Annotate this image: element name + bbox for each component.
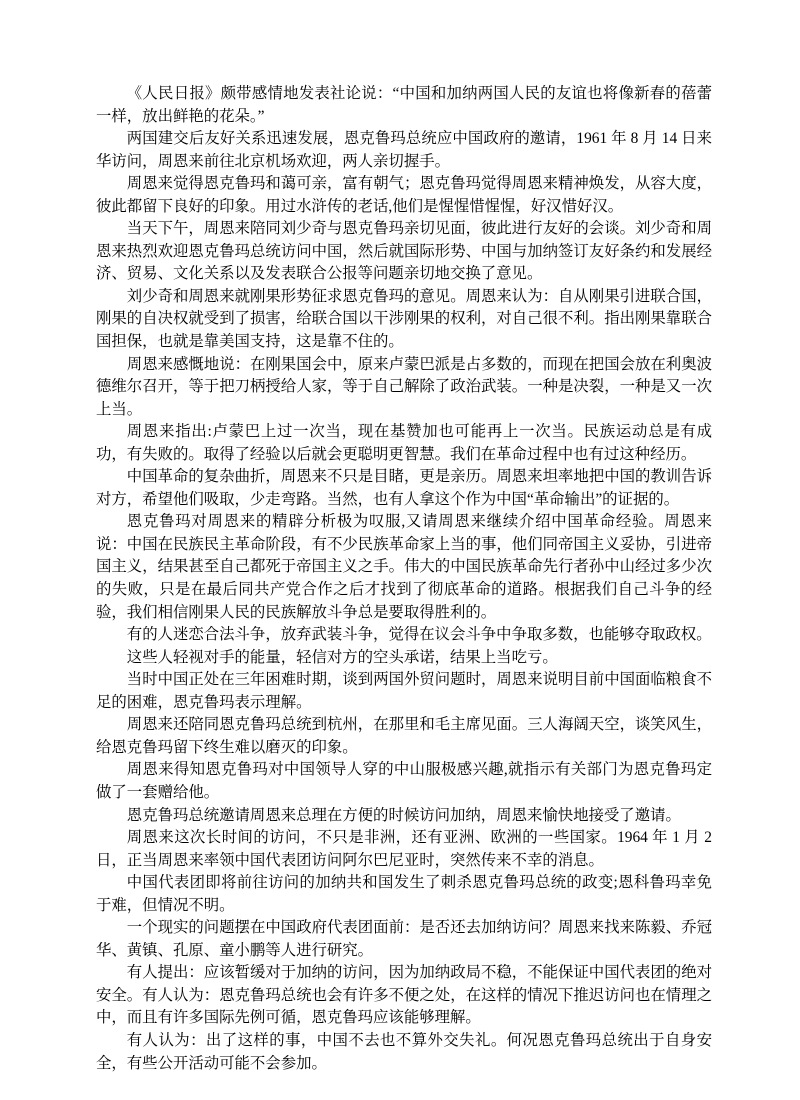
paragraph-9: 恩克鲁玛对周恩来的精辟分析极为叹服,又请周恩来继续介绍中国革命经验。周恩来说：中… (96, 511, 712, 624)
paragraph-11: 这些人轻视对手的能量，轻信对方的空头承诺，结果上当吃亏。 (96, 647, 712, 670)
paragraph-15: 恩克鲁玛总统邀请周恩来总理在方便的时候访问加纳，周恩来愉快地接受了邀请。 (96, 805, 712, 828)
paragraph-1: 《人民日报》颇带感情地发表社论说：“中国和加纳两国人民的友谊也将像新春的蓓蕾一样… (96, 83, 712, 128)
paragraph-18: 一个现实的问题摆在中国政府代表团面前：是否还去加纳访问？周恩来找来陈毅、乔冠华、… (96, 917, 712, 962)
paragraph-6: 周恩来感慨地说：在刚果国会中，原来卢蒙巴派是占多数的，而现在把国会放在利奥波德维… (96, 354, 712, 422)
paragraph-8: 中国革命的复杂曲折，周恩来不只是目睹，更是亲历。周恩来坦率地把中国的教训告诉对方… (96, 466, 712, 511)
paragraph-2: 两国建交后友好关系迅速发展，恩克鲁玛总统应中国政府的邀请，1961 年 8 月 … (96, 128, 712, 173)
paragraph-19: 有人提出：应该暂缓对于加纳的访问，因为加纳政局不稳，不能保证中国代表团的绝对安全… (96, 962, 712, 1030)
paragraph-17: 中国代表团即将前往访问的加纳共和国发生了刺杀恩克鲁玛总统的政变;恩科鲁玛幸免于难… (96, 872, 712, 917)
document-page: 《人民日报》颇带感情地发表社论说：“中国和加纳两国人民的友谊也将像新春的蓓蕾一样… (96, 83, 712, 1075)
paragraph-12: 当时中国正处在三年困难时期，谈到两国外贸问题时，周恩来说明目前中国面临粮食不足的… (96, 669, 712, 714)
paragraph-10: 有的人迷恋合法斗争，放弃武装斗争，觉得在议会斗争中争取多数，也能够夺取政权。 (96, 624, 712, 647)
paragraph-5: 刘少奇和周恩来就刚果形势征求恩克鲁玛的意见。周恩来认为：自从刚果引进联合国，刚果… (96, 286, 712, 354)
paragraph-4: 当天下午，周恩来陪同刘少奇与恩克鲁玛亲切见面，彼此进行友好的会谈。刘少奇和周恩来… (96, 218, 712, 286)
paragraph-7: 周恩来指出:卢蒙巴上过一次当，现在基赞加也可能再上一次当。民族运动总是有成功，有… (96, 421, 712, 466)
paragraph-16: 周恩来这次长时间的访问，不只是非洲，还有亚洲、欧洲的一些国家。1964 年 1 … (96, 827, 712, 872)
paragraph-13: 周恩来还陪同恩克鲁玛总统到杭州，在那里和毛主席见面。三人海阔天空，谈笑风生，给恩… (96, 714, 712, 759)
paragraph-14: 周恩来得知恩克鲁玛对中国领导人穿的中山服极感兴趣,就指示有关部门为恩克鲁玛定做了… (96, 759, 712, 804)
paragraph-3: 周恩来觉得恩克鲁玛和蔼可亲，富有朝气；恩克鲁玛觉得周恩来精神焕发，从容大度，彼此… (96, 173, 712, 218)
paragraph-20: 有人认为：出了这样的事，中国不去也不算外交失礼。何况恩克鲁玛总统出于自身安全，有… (96, 1030, 712, 1075)
